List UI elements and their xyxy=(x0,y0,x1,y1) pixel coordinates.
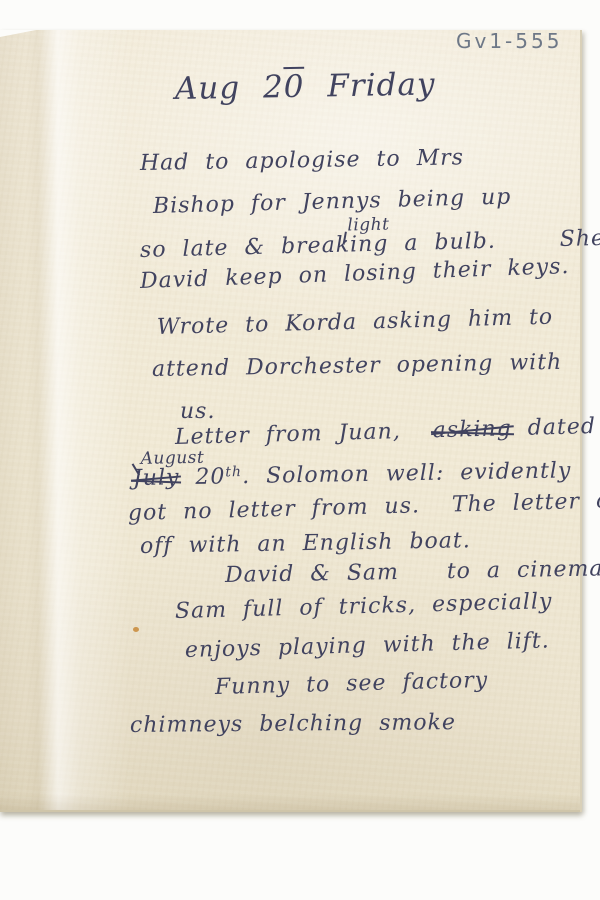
date-heading-post: Friday xyxy=(304,66,436,104)
entry-line-9-num: 20 xyxy=(179,464,225,490)
date-heading-overlined-digit: 0 xyxy=(283,69,304,105)
date-heading: Aug 20 Friday xyxy=(175,69,436,105)
entry-line-1: Had to apologise to Mrs xyxy=(140,147,464,175)
struck-word-asking: asking xyxy=(432,418,512,442)
catalog-number: Gv1-555 xyxy=(456,31,562,51)
inserted-word-light: light xyxy=(347,216,389,234)
entry-line-7: us. xyxy=(180,401,215,423)
entry-line-3-post: bulb. She & xyxy=(434,225,600,255)
entry-line-16: chimneys belching smoke xyxy=(130,712,456,737)
entry-line-9-ordinal: th xyxy=(225,464,242,480)
corner-notch xyxy=(0,30,36,37)
entry-line-8-post: dated xyxy=(511,414,596,441)
foxing-spot xyxy=(133,627,139,632)
struck-word-july: July xyxy=(133,467,180,490)
date-heading-pre: Aug 2 xyxy=(175,69,284,107)
page-fold-crease xyxy=(0,30,132,812)
entry-line-11: off with an English boat. xyxy=(140,530,471,558)
scanned-diary-page: Gv1-555 Aug 20 Friday Had to apologise t… xyxy=(0,0,600,900)
